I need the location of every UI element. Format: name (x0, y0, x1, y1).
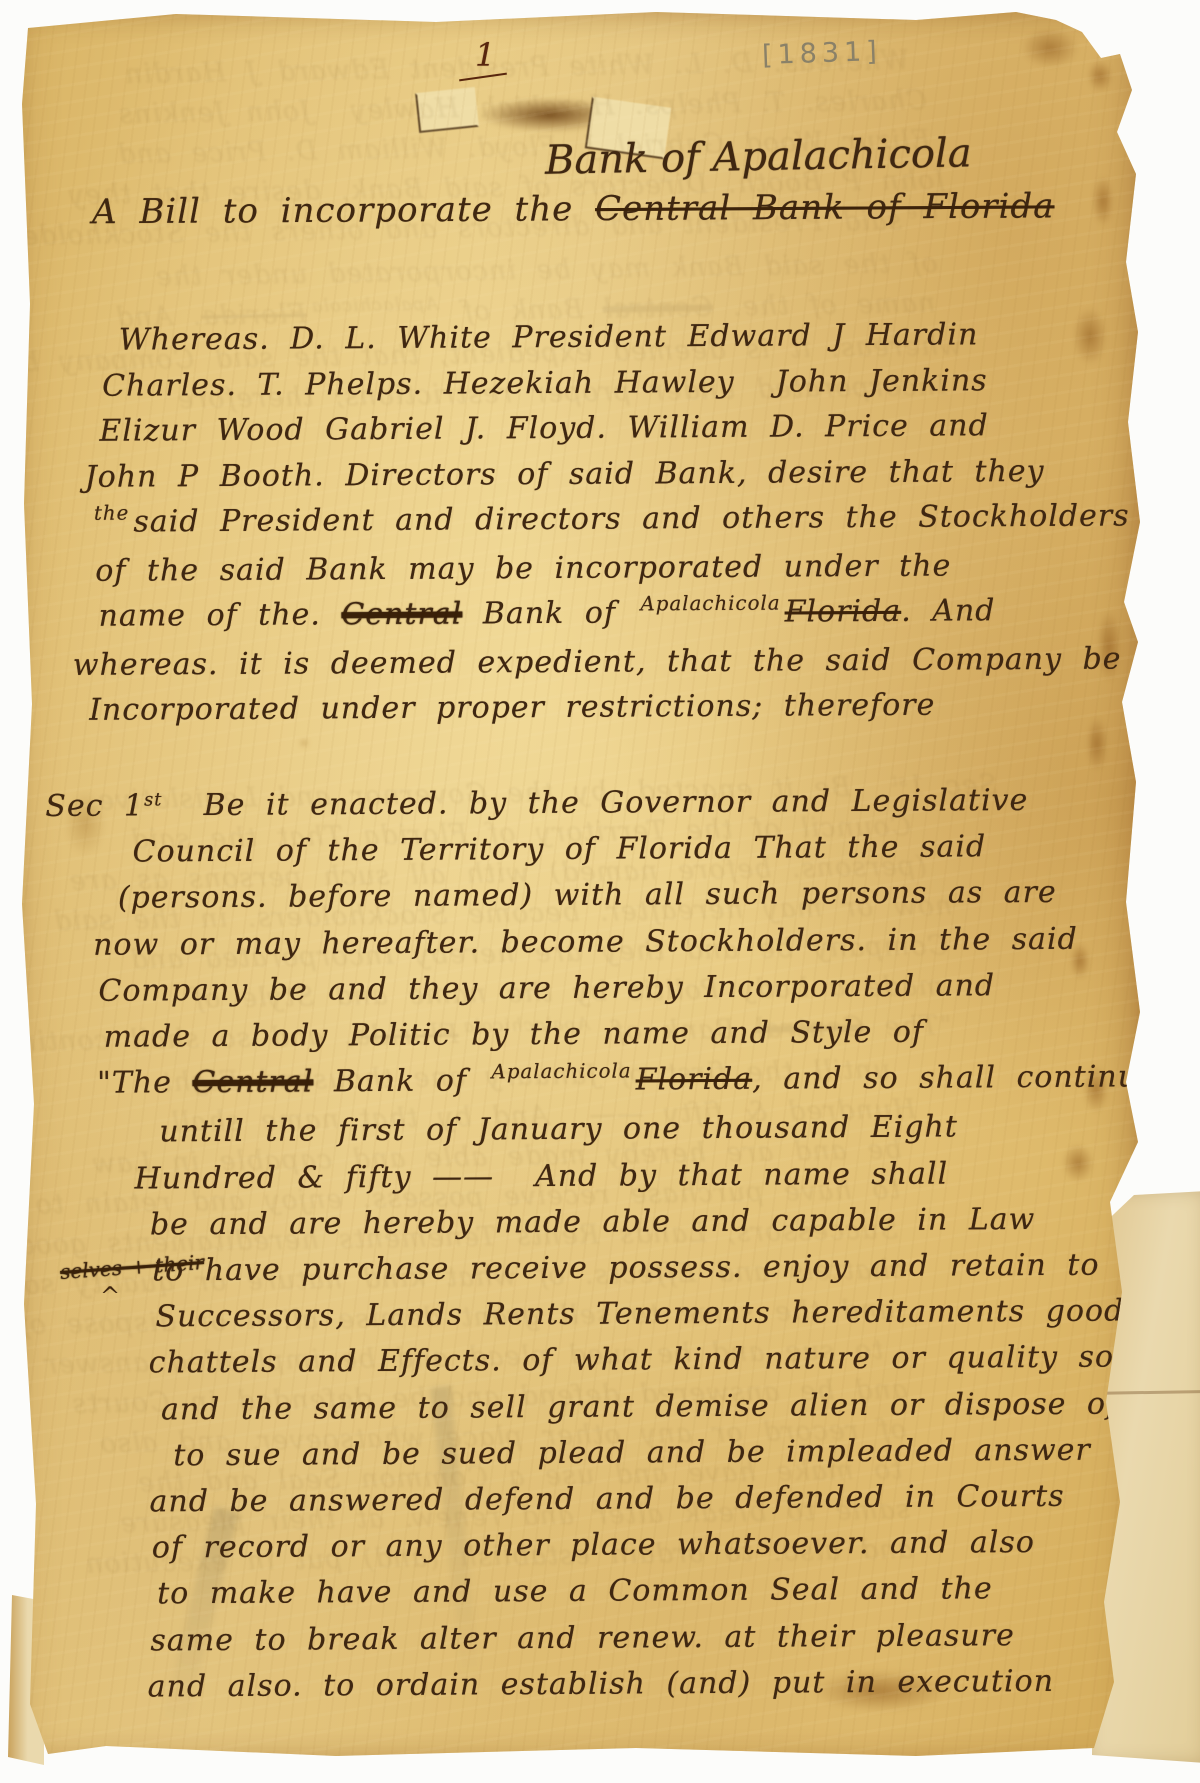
insertion-caret: ^ (100, 1282, 120, 1310)
manuscript-line: same to break alter and renew. at their … (18, 1612, 1078, 1665)
manuscript-line: chattels and Effects. of what kind natur… (17, 1335, 1077, 1388)
section-1-paragraph: Sec 1st Be it enacted. by the Governor a… (13, 772, 1079, 1711)
text-run: of the said Bank may be incorporated und… (95, 548, 951, 588)
text-run: , and so shall continue (752, 1059, 1157, 1096)
text-run: Successors, Lands Rents Tenements heredi… (155, 1293, 1140, 1334)
edge-stain (1082, 54, 1118, 98)
text-run: Elizur Wood Gabriel J. Floyd. William D.… (99, 408, 989, 448)
manuscript-line: Elizur Wood Gabriel J. Floyd. William D.… (15, 403, 1075, 455)
manuscript-line: "The Central Bank of ApalachicolaFlorida… (15, 1055, 1075, 1111)
year-annotation: [1831] (761, 36, 882, 71)
struck-text: Central (341, 597, 462, 633)
text-run: same to break alter and renew. at their … (150, 1618, 1015, 1658)
manuscript-line: and be answered defend and be defended i… (17, 1474, 1077, 1527)
inserted-text: Apalachicola (640, 580, 780, 626)
manuscript-line: thesaid President and directors and othe… (16, 494, 1076, 549)
manuscript-line: and also. to ordain establish (and) put … (19, 1659, 1079, 1712)
text-run: Be it enacted. by the Governor and Legis… (162, 783, 1028, 823)
text-run: to have purchase receive possess. enjoy … (152, 1247, 1200, 1288)
text-run: . And (901, 593, 995, 629)
text-run: Bank of (313, 1063, 487, 1099)
text-run: and be answered defend and be defended i… (149, 1479, 1064, 1520)
manuscript-line: to sue and be sued plead and be impleade… (17, 1427, 1077, 1480)
manuscript-line: (persons. before named) with all such pe… (14, 870, 1074, 923)
scanned-document-page: Whereas. D. L. White President Edward J … (0, 0, 1200, 1783)
manuscript-line: Incorporated under proper restrictions; … (17, 682, 1077, 734)
text-run: and the same to sell grant demise alien … (161, 1386, 1118, 1427)
text-run: to make have and use a Common Seal and t… (157, 1572, 993, 1612)
text-run: "The (97, 1065, 193, 1101)
text-run: to sue and be sued plead and be impleade… (173, 1432, 1091, 1473)
manuscript-line: Whereas. D. L. White President Edward J … (15, 312, 1075, 364)
manuscript-line: Charles. T. Phelps. Hezekiah Hawley John… (15, 357, 1075, 409)
text-run: of record or any other place whatsoever.… (152, 1525, 1035, 1565)
manuscript-line: and the same to sell grant demise alien … (17, 1381, 1077, 1434)
bill-title-line: A Bill to incorporate the Central Bank o… (92, 181, 1152, 237)
inserted-text: the (94, 490, 130, 536)
text-run: untill the first of January one thousand… (159, 1110, 958, 1150)
text-run: A Bill to incorporate the (92, 189, 595, 232)
inserted-text: Apalachicola (491, 1048, 631, 1095)
text-run: said President and directors and others … (133, 498, 1129, 539)
manuscript-line: of record or any other place whatsoever.… (18, 1520, 1078, 1573)
text-run: chattels and Effects. of what kind natur… (149, 1339, 1185, 1380)
text-run: be and are hereby made able and capable … (150, 1202, 1036, 1242)
text-run: Sec 1 (45, 788, 144, 824)
manuscript-line: A Bill to incorporate the Central Bank o… (92, 181, 1152, 237)
struck-text: Florida (636, 1062, 753, 1098)
text-run: Bank of (462, 595, 636, 631)
manuscript-line: Company be and they are hereby Incorpora… (14, 962, 1074, 1015)
text-run: John P Booth. Directors of said Bank, de… (85, 453, 1045, 494)
manuscript-line: of the said Bank may be incorporated und… (16, 542, 1076, 594)
manuscript-line: to make have and use a Common Seal and t… (18, 1566, 1078, 1619)
text-run: Whereas. D. L. White President Edward J … (119, 317, 979, 357)
text-run: (persons. before named) with all such pe… (118, 875, 1057, 916)
ink-spot (296, 736, 312, 750)
struck-text: Central Bank of Florida (595, 186, 1055, 229)
edge-stain (1082, 706, 1112, 782)
manuscript-line: whereas. it is deemed expedient, that th… (17, 636, 1077, 688)
manuscript-line: untill the first of January one thousand… (15, 1104, 1075, 1157)
manuscript-line: Council of the Territory of Florida That… (13, 824, 1073, 877)
text-run: Company be and they are hereby Incorpora… (98, 968, 995, 1008)
manuscript-line: name of the. Central Bank of Apalachicol… (16, 588, 1076, 643)
manuscript-page: Whereas. D. L. White President Edward J … (16, 6, 1148, 1766)
text-run: Hundred & fifty —— And by that name shal… (135, 1156, 949, 1196)
manuscript-line: John P Booth. Directors of said Bank, de… (16, 448, 1076, 500)
text-run: st (144, 789, 163, 810)
manuscript-line: Sec 1st Be it enacted. by the Governor a… (13, 772, 1073, 831)
struck-text: Central (192, 1065, 313, 1101)
whereas-paragraph: Whereas. D. L. White President Edward J … (15, 312, 1078, 734)
text-run: now or may hereafter. become Stockholder… (93, 921, 1078, 962)
text-run: Council of the Territory of Florida That… (133, 829, 987, 869)
text-run: Incorporated under proper restrictions; … (89, 688, 935, 728)
manuscript-line: be and are hereby made able and capable … (16, 1196, 1076, 1249)
text-run: whereas. it is deemed expedient, that th… (73, 641, 1122, 682)
text-run: and also. to ordain establish (and) put … (148, 1664, 1054, 1705)
struck-text: Florida (785, 594, 902, 630)
edge-stain (1010, 20, 1090, 76)
manuscript-line: now or may hereafter. become Stockholder… (14, 916, 1074, 969)
inserted-heading: Bank of Apalachicola (545, 130, 972, 183)
text-run: name of the. (98, 597, 341, 633)
text-run: Charles. T. Phelps. Hezekiah Hawley John… (102, 363, 988, 403)
manuscript-line: Hundred & fifty —— And by that name shal… (15, 1150, 1075, 1203)
page-number: 1 (475, 36, 495, 74)
manuscript-line: Successors, Lands Rents Tenements heredi… (16, 1289, 1076, 1342)
